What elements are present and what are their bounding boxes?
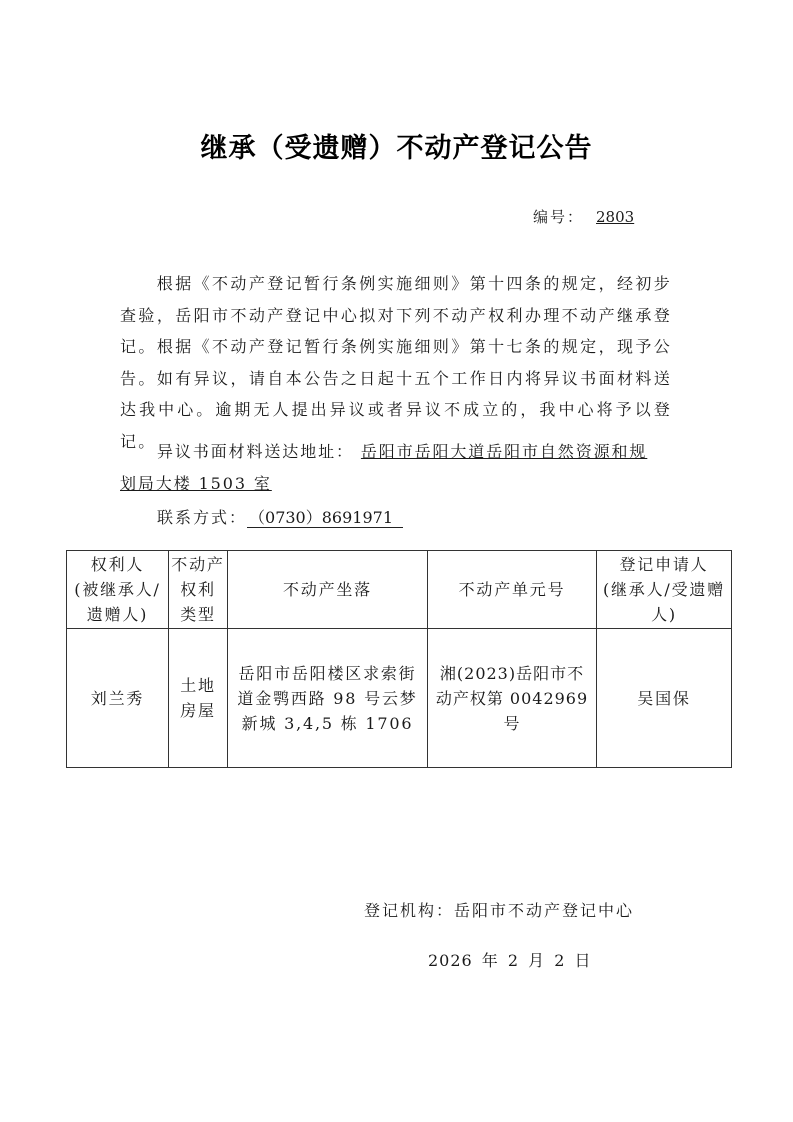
- contact-block: 联系方式：（0730）8691971: [157, 505, 403, 528]
- objection-address-line1: 岳阳市岳阳大道岳阳市自然资源和规: [361, 442, 647, 461]
- registration-agency-block: 登记机构：岳阳市不动产登记中心: [364, 898, 634, 921]
- cell-obligee: 刘兰秀: [67, 629, 169, 768]
- cell-right-type: 土地 房屋: [169, 629, 228, 768]
- cell-applicant: 吴国保: [597, 629, 732, 768]
- serial-label: 编号：: [533, 208, 584, 226]
- table-header-row: 权利人 (被继承人/ 遗赠人) 不动产 权利 类型 不动产坐落 不动产单元号 登…: [67, 551, 732, 629]
- objection-address-label: 异议书面材料送达地址：: [157, 442, 354, 461]
- header-applicant: 登记申请人 (继承人/受遗赠 人): [597, 551, 732, 629]
- cell-unit-number: 湘(2023)岳阳市不动产权第 0042969 号: [428, 629, 597, 768]
- notice-paragraph: 根据《不动产登记暂行条例实施细则》第十四条的规定，经初步查验，岳阳市不动产登记中…: [120, 268, 672, 457]
- notice-paragraph-block: 根据《不动产登记暂行条例实施细则》第十四条的规定，经初步查验，岳阳市不动产登记中…: [120, 268, 672, 457]
- table-row: 刘兰秀 土地 房屋 岳阳市岳阳楼区求索街道金鹗西路 98 号云梦新城 3,4,5…: [67, 629, 732, 768]
- objection-address-block: 异议书面材料送达地址： 岳阳市岳阳大道岳阳市自然资源和规 划局大楼 1503 室: [120, 436, 680, 499]
- serial-number: 2803: [596, 208, 634, 226]
- objection-address-line2: 划局大楼 1503 室: [120, 474, 272, 493]
- contact-label: 联系方式：: [157, 508, 247, 527]
- cell-location: 岳阳市岳阳楼区求索街道金鹗西路 98 号云梦新城 3,4,5 栋 1706: [228, 629, 428, 768]
- registration-agency: 岳阳市不动产登记中心: [454, 901, 634, 920]
- header-unit-number: 不动产单元号: [428, 551, 597, 629]
- property-table: 权利人 (被继承人/ 遗赠人) 不动产 权利 类型 不动产坐落 不动产单元号 登…: [66, 550, 732, 768]
- contact-value: （0730）8691971: [247, 509, 403, 528]
- page-title: 继承（受遗赠）不动产登记公告: [0, 126, 793, 165]
- notice-date: 2026 年 2 月 2 日: [428, 948, 592, 971]
- header-obligee: 权利人 (被继承人/ 遗赠人): [67, 551, 169, 629]
- registration-agency-label: 登记机构：: [364, 901, 454, 920]
- serial-number-block: 编号：2803: [533, 206, 634, 227]
- header-location: 不动产坐落: [228, 551, 428, 629]
- header-right-type: 不动产 权利 类型: [169, 551, 228, 629]
